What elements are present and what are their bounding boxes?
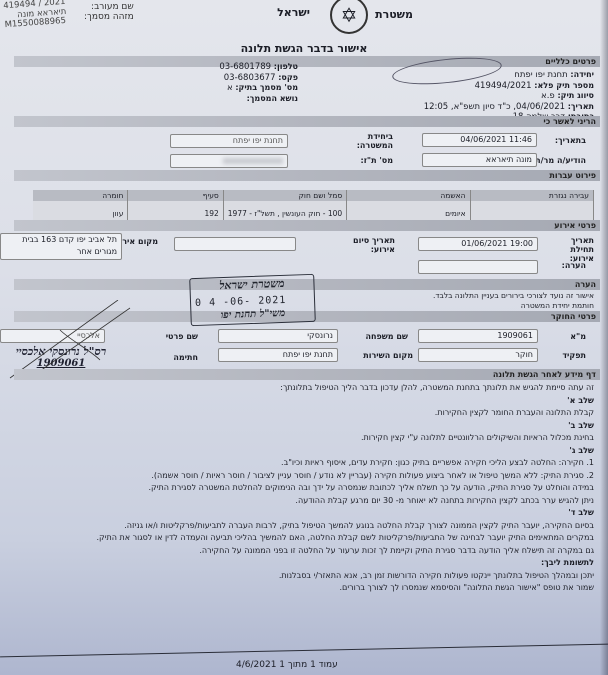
offense-column-header: סמל ושם חוק bbox=[223, 190, 346, 201]
subject-label: נושא המסמך: bbox=[247, 94, 298, 103]
event-location-field: תל אביב יפו קדם 163 בבית מגורים אחר bbox=[0, 233, 122, 260]
phone-label: טלפון: bbox=[274, 62, 298, 71]
document-title: אישור בדבר הגשת תלונה bbox=[0, 42, 608, 55]
info-paragraph: יתכן ובמהלך הטיפול בתלונתך יינקטו פעולות… bbox=[0, 570, 594, 583]
case-number-value: 419494/2021 bbox=[475, 81, 532, 91]
complaint-confirmation-document: 419494 / 2021 תיאראא מונה M1550088965 שם… bbox=[0, 0, 608, 675]
classification-label: סיווג תיק: bbox=[557, 91, 594, 100]
last-name-field: נרונסקי bbox=[218, 329, 338, 343]
police-emblem-icon: ✡ bbox=[330, 0, 368, 34]
info-step-heading: לתשומת ליבך: bbox=[0, 557, 594, 570]
service-place-field: תחנת יפו יפתח bbox=[218, 348, 338, 362]
phone-value: 03-6801789 bbox=[219, 62, 271, 72]
info-step-heading: שלב ב' bbox=[0, 420, 594, 433]
date-value: 04/06/2021, כ"ד סיון תשפ"א, 12:05 bbox=[424, 102, 565, 112]
info-paragraph: 1. חקירה: החלטה לבצע הליכי חקירה אפשריים… bbox=[0, 457, 594, 470]
event-note-field bbox=[418, 260, 538, 274]
document-id: M1550088965 bbox=[4, 17, 67, 31]
reported-by-field: מונה תיאראא bbox=[422, 153, 537, 167]
info-step-heading: שלב ד' bbox=[0, 507, 594, 520]
info-paragraph: 2. סגירת התיק: ללא המשך טיפול או לאחר בי… bbox=[0, 470, 594, 483]
info-paragraph: במקרים המתאימים התיק יועבר לבחינה של התב… bbox=[0, 532, 594, 545]
case-reference-corner: 419494 / 2021 תיאראא מונה M1550088965 bbox=[3, 0, 67, 31]
event-end-field bbox=[174, 237, 296, 251]
fax-label: פקס: bbox=[278, 73, 298, 82]
info-paragraph: ניתן להגיש ערר בכתב לקצין החקירות בתחנה … bbox=[0, 495, 594, 508]
police-label: משטרת bbox=[375, 8, 413, 21]
offense-column-header: סעיף bbox=[128, 190, 223, 201]
remark-text: אישור זה נועד לצורכי בירורים בעניין התלו… bbox=[433, 291, 594, 300]
at-unit-label: ביחידת המשטרה: bbox=[351, 132, 393, 150]
info-paragraph: קבלת התלונה והעברת החומר לקצין החקירות. bbox=[0, 407, 594, 420]
event-note-label: הערה: bbox=[562, 261, 586, 270]
at-unit-field: תחנת יפו יפתח bbox=[170, 134, 288, 148]
badge-field: 1909061 bbox=[418, 329, 538, 343]
role-label: תפקיד bbox=[562, 351, 586, 360]
section-info: דף מידע לאחר הגשת תלונה bbox=[14, 369, 600, 380]
offense-column-header: האשמה bbox=[347, 190, 470, 201]
info-paragraph: גם במקרה זה תישלח אליך הודעה בדבר סגירת … bbox=[0, 545, 594, 558]
offense-column-header: עבירה נגזרת bbox=[470, 190, 593, 201]
complainant-name-label: שם מעורב: bbox=[84, 2, 134, 12]
date-label: תאריך: bbox=[568, 102, 594, 111]
reported-by-label: הודיע/ה מר/ת: bbox=[532, 156, 586, 165]
classification-value: פ.א bbox=[541, 91, 555, 101]
on-date-label: בתאריך: bbox=[555, 136, 586, 145]
info-paragraph: בסיום החקירה, יועבר התיק לקצין הממונה לצ… bbox=[0, 520, 594, 533]
role-field: חוקר bbox=[418, 348, 538, 362]
id-number-field bbox=[170, 154, 288, 168]
event-end-label: תאריך סיום אירוע: bbox=[351, 236, 395, 254]
unit-stamp-label: חותמת יחידת המשטרה bbox=[521, 301, 594, 310]
first-name-field: אלכסיי bbox=[0, 329, 105, 343]
page-footer: עמוד 1 מתוך 1 4/6/2021 bbox=[236, 660, 338, 670]
event-start-field: 19:00 01/06/2021 bbox=[418, 237, 538, 251]
unit-label: יחידה: bbox=[570, 70, 594, 79]
fax-value: 03-6803677 bbox=[224, 73, 276, 83]
signature-label: חתימה bbox=[173, 353, 198, 362]
header-meta-labels: שם מעורב: מזהה מסמך: bbox=[84, 2, 134, 22]
badge-label: מ"א bbox=[570, 332, 586, 341]
case-number-label: מספר תיק פלא: bbox=[534, 81, 594, 90]
info-step-heading: שלב ג' bbox=[0, 445, 594, 458]
info-paragraph: שמור את טופס "אישור הגשת התלונה" והסיסמא… bbox=[0, 582, 594, 595]
police-date-stamp: משטרת ישראל 0 4 -06- 2021 משי"ל תחנת יפו bbox=[189, 274, 316, 326]
doc-number-value: א bbox=[227, 83, 233, 93]
doc-number-label: מס' מסמך בתיק: bbox=[235, 83, 298, 92]
event-start-label: תאריך תחילת אירוע: bbox=[554, 236, 594, 263]
id-number-label: מס' ת"ז: bbox=[361, 156, 394, 165]
info-body: זה עתה סיימת להגיש את תלונתך בתחנת המשטר… bbox=[0, 382, 594, 595]
israel-label: ישראל bbox=[277, 6, 310, 19]
on-date-field: 11:46 04/06/2021 bbox=[422, 133, 537, 147]
info-step-heading: שלב א' bbox=[0, 395, 594, 408]
unit-value: תחנת יפו יפתח bbox=[514, 70, 567, 80]
last-name-label: שם משפחה bbox=[365, 332, 408, 341]
service-place-label: מקום השירות bbox=[363, 351, 413, 360]
page-edge-shadow bbox=[600, 0, 608, 675]
first-name-label: שם פרטי bbox=[166, 332, 198, 341]
footer-divider bbox=[0, 644, 608, 658]
info-paragraph: זה עתה סיימת להגיש את תלונתך בתחנת המשטר… bbox=[0, 382, 594, 395]
section-event: פרטי אירוע bbox=[14, 220, 600, 231]
section-offenses: פירוט עברות bbox=[14, 170, 600, 181]
general-details-left: טלפון: 03-6801789 פקס: 03-6803677 מס' מס… bbox=[168, 62, 298, 104]
info-paragraph: בחינת מכלול הראיות והשיקולים הרלוונטיים … bbox=[0, 432, 594, 445]
section-general: פרטים כלליים bbox=[14, 56, 600, 67]
offense-column-header: חומרה bbox=[33, 190, 128, 201]
info-paragraph: במידה והוחלט על סגירת התיק, הודעה על כך … bbox=[0, 482, 594, 495]
document-id-label: מזהה מסמך: bbox=[84, 12, 134, 22]
section-confirm: הריני לאשר כי bbox=[14, 116, 600, 127]
